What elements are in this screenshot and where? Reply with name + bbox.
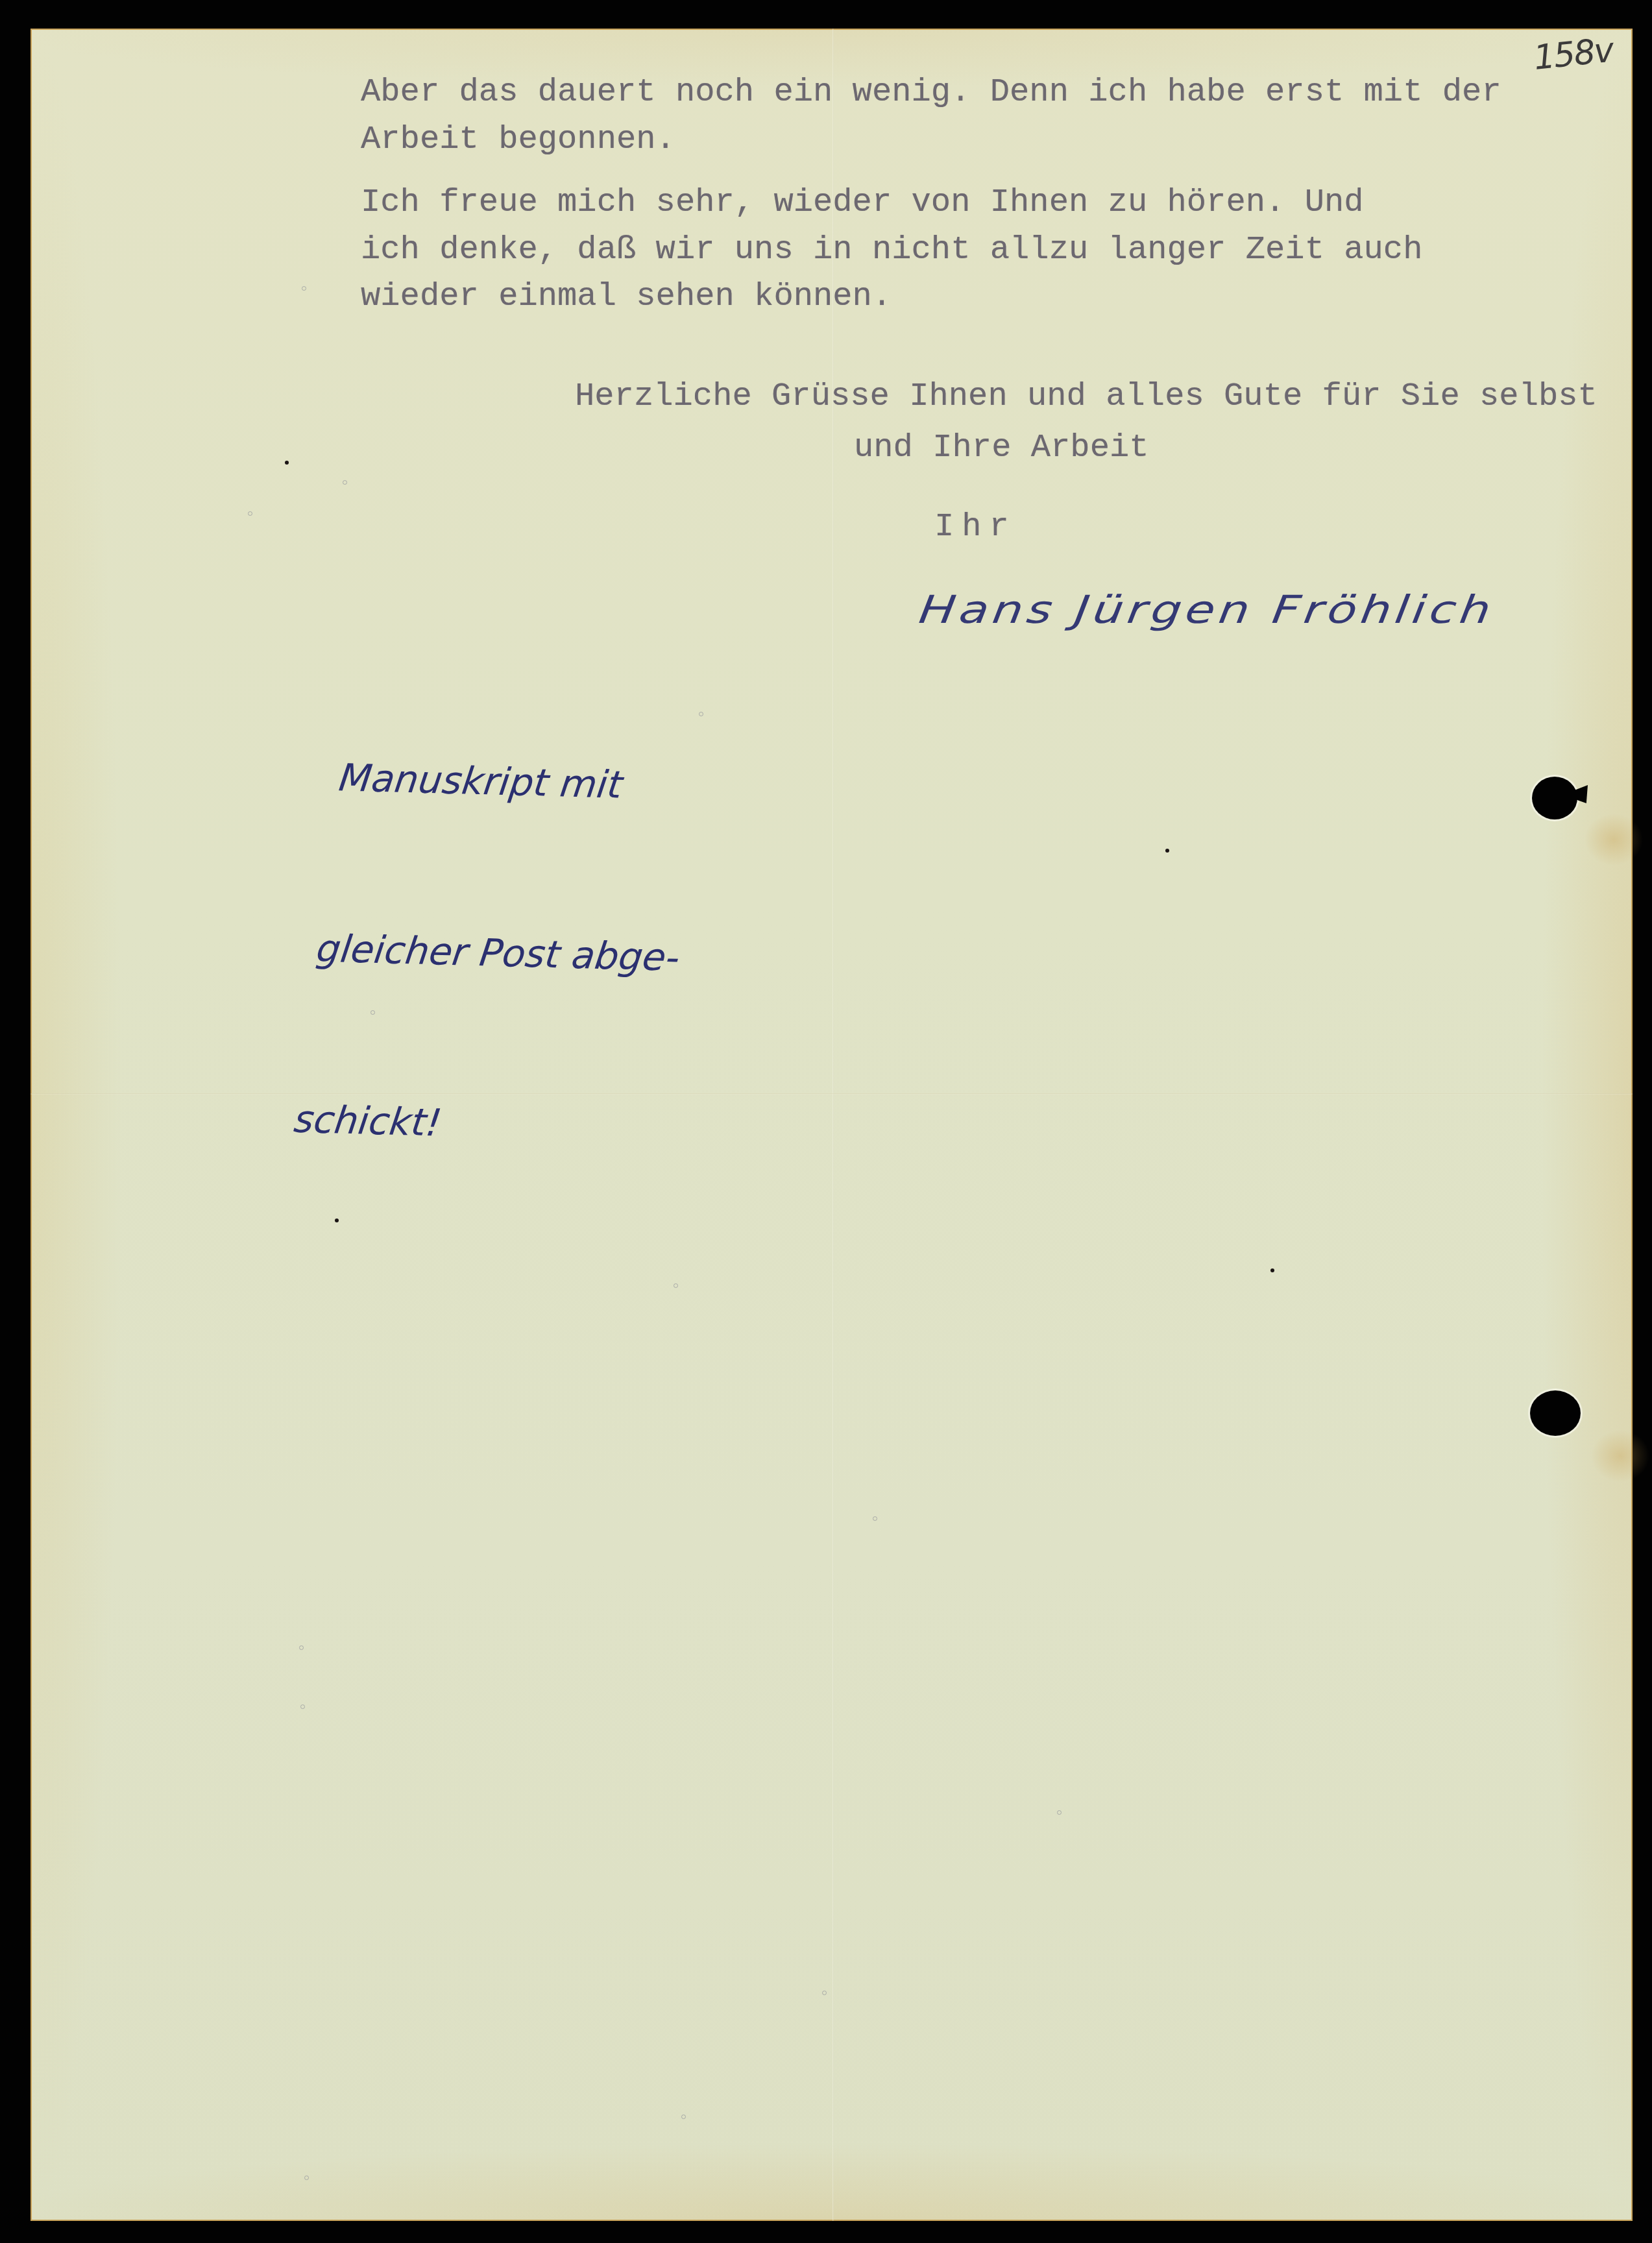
note-line-2: gleicher Post abge- xyxy=(313,920,683,986)
letter-page: 158v Aber das dauert noch ein wenig. Den… xyxy=(30,29,1633,2221)
horizontal-fold-line xyxy=(30,1093,1633,1095)
speck xyxy=(302,286,306,291)
closing-greeting-continued: und Ihre Arbeit xyxy=(854,432,1149,465)
speck xyxy=(248,511,252,516)
note-line-3: schickt! xyxy=(291,1091,661,1157)
stain-mark xyxy=(1591,1430,1649,1482)
body-line-3: Ich freue mich sehr, wieder von Ihnen zu… xyxy=(361,187,1364,220)
speck xyxy=(1270,1268,1274,1272)
signature: Hans Jürgen Fröhlich xyxy=(916,588,1498,633)
closing-valediction: Ihr xyxy=(934,511,1017,544)
folio-number: 158v xyxy=(1532,31,1615,78)
speck xyxy=(699,712,703,716)
vertical-fold-line xyxy=(832,29,834,2221)
speck xyxy=(335,1218,339,1222)
body-line-5: wieder einmal sehen können. xyxy=(361,281,892,314)
speck xyxy=(370,1010,375,1015)
punch-hole-icon xyxy=(1530,1390,1581,1436)
speck xyxy=(1165,849,1169,853)
speck xyxy=(674,1283,678,1288)
handwritten-note: Manuskript mit gleicher Post abge- schic… xyxy=(276,635,721,1271)
stain-mark xyxy=(1585,814,1643,866)
punch-hole-icon xyxy=(1532,777,1577,819)
speck xyxy=(299,1645,304,1650)
speck xyxy=(285,461,289,465)
body-line-1: Aber das dauert noch ein wenig. Denn ich… xyxy=(361,77,1501,110)
body-line-4: ich denke, daß wir uns in nicht allzu la… xyxy=(361,234,1422,267)
body-line-2: Arbeit begonnen. xyxy=(361,124,675,157)
speck xyxy=(1057,1810,1062,1815)
speck xyxy=(822,1991,827,1995)
speck xyxy=(873,1516,877,1521)
speck xyxy=(681,2115,686,2119)
speck xyxy=(304,2176,309,2180)
speck xyxy=(300,1704,305,1709)
note-line-1: Manuskript mit xyxy=(335,749,705,815)
closing-greeting: Herzliche Grüsse Ihnen und alles Gute fü… xyxy=(575,381,1597,414)
speck xyxy=(343,480,347,485)
